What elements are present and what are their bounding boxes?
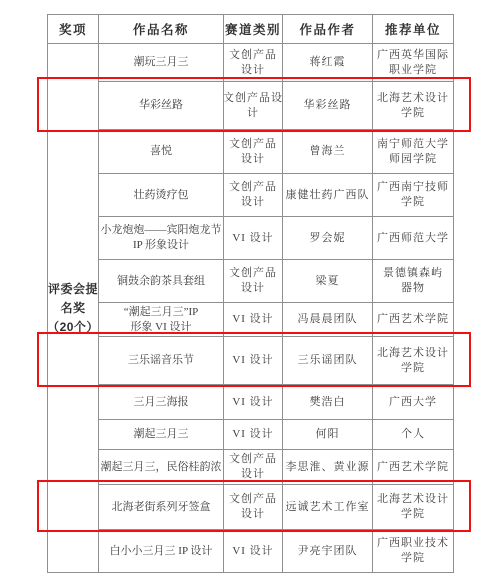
- cell-author: 华彩丝路: [283, 82, 373, 129]
- cell-work-name: 潮玩三月三: [99, 44, 224, 81]
- cell-recommending-unit-line: 广西南宁技师: [377, 180, 449, 195]
- cell-track-category-line: 设计: [241, 195, 265, 210]
- cell-work-name: “潮起三月三”IP形象 VI 设计: [99, 303, 224, 336]
- cell-work-name: 三月三海报: [99, 385, 224, 419]
- cell-author-line: 远诚艺术工作室: [286, 500, 370, 515]
- award-group-line: 名奖: [60, 299, 85, 318]
- award-group-line: （20个）: [47, 318, 99, 337]
- table-row: 潮起三月三VI 设计何阳个人: [99, 420, 453, 450]
- cell-author: 樊浩白: [283, 385, 373, 419]
- cell-author: 罗会妮: [283, 217, 373, 259]
- cell-recommending-unit: 广西英华国际职业学院: [373, 44, 453, 81]
- header-cell-track-category: 赛道类别: [224, 15, 283, 43]
- cell-recommending-unit-line: 个人: [401, 427, 425, 442]
- cell-recommending-unit: 北海艺术设计学院: [373, 337, 453, 384]
- cell-recommending-unit-line: 广西职业技术: [377, 536, 449, 551]
- cell-author-line: 冯晨晨团队: [298, 312, 358, 327]
- cell-track-category-line: 文创产品设: [223, 91, 283, 106]
- cell-track-category-line: 设计: [241, 63, 265, 78]
- cell-recommending-unit: 个人: [373, 420, 453, 449]
- cell-author-line: 李思淮、黄业源: [286, 460, 370, 475]
- cell-track-category-line: VI 设计: [232, 353, 273, 368]
- cell-recommending-unit-line: 广西大学: [389, 395, 437, 410]
- cell-work-name-line: 三月三海报: [134, 395, 189, 410]
- cell-recommending-unit: 北海艺术设计学院: [373, 82, 453, 129]
- header-cell-award: 奖项: [48, 15, 99, 43]
- cell-track-category-line: 文创产品: [229, 452, 277, 467]
- cell-author: 李思淮、黄业源: [283, 450, 373, 484]
- cell-recommending-unit: 景德镇森屿器物: [373, 260, 453, 302]
- cell-recommending-unit-line: 北海艺术设计: [377, 346, 449, 361]
- cell-work-name-line: 壮药烫疗包: [134, 188, 189, 203]
- cell-track-category-line: 设计: [241, 281, 265, 296]
- cell-track-category: 文创产品设计: [224, 450, 283, 484]
- cell-track-category: 文创产品设计: [224, 82, 283, 129]
- cell-author: 何阳: [283, 420, 373, 449]
- table-row: 喜悦文创产品设计曾海兰南宁师范大学师园学院: [99, 130, 453, 174]
- cell-author: 蒋红霞: [283, 44, 373, 81]
- cell-track-category: 文创产品设计: [224, 485, 283, 529]
- cell-author-line: 华彩丝路: [304, 98, 352, 113]
- cell-recommending-unit-line: 师园学院: [389, 152, 437, 167]
- cell-track-category: 文创产品设计: [224, 130, 283, 173]
- table-rows: 潮玩三月三文创产品设计蒋红霞广西英华国际职业学院华彩丝路文创产品设计华彩丝路北海…: [99, 44, 453, 572]
- cell-work-name-line: “潮起三月三”IP: [124, 305, 199, 320]
- cell-recommending-unit-line: 职业学院: [389, 63, 437, 78]
- award-group-line: 评委会提: [48, 280, 98, 299]
- cell-author-line: 曾海兰: [310, 144, 346, 159]
- cell-work-name: 小龙炮炮——宾阳炮龙节IP 形象设计: [99, 217, 224, 259]
- cell-track-category-line: 文创产品: [229, 137, 277, 152]
- cell-recommending-unit-line: 学院: [401, 507, 425, 522]
- cell-work-name: 喜悦: [99, 130, 224, 173]
- cell-track-category: VI 设计: [224, 420, 283, 449]
- table-header-row: 奖项 作品名称 赛道类别 作品作者 推荐单位: [48, 15, 453, 43]
- cell-recommending-unit-line: 学院: [401, 106, 425, 121]
- cell-author: 康健壮药广西队: [283, 174, 373, 216]
- cell-author-line: 康健壮药广西队: [286, 188, 370, 203]
- cell-track-category-line: VI 设计: [232, 231, 273, 246]
- table-row-highlighted: 北海老街系列牙签盒文创产品设计远诚艺术工作室北海艺术设计学院: [99, 485, 453, 530]
- cell-track-category-line: VI 设计: [232, 312, 273, 327]
- cell-track-category-line: 设计: [241, 507, 265, 522]
- table-row: 小龙炮炮——宾阳炮龙节IP 形象设计VI 设计罗会妮广西师范大学: [99, 217, 453, 260]
- cell-work-name-line: 北海老街系列牙签盒: [112, 500, 211, 515]
- cell-track-category-line: VI 设计: [232, 427, 273, 442]
- table-row-highlighted: 三乐谣音乐节VI 设计三乐谣团队北海艺术设计学院: [99, 337, 453, 385]
- cell-recommending-unit: 广西艺术学院: [373, 303, 453, 336]
- cell-work-name-line: 潮起三月三，民俗桂韵浓: [101, 460, 222, 475]
- cell-work-name-line: 形象 VI 设计: [130, 320, 191, 335]
- cell-track-category-line: 文创产品: [229, 266, 277, 281]
- cell-author-line: 罗会妮: [310, 231, 346, 246]
- header-cell-recommending-unit: 推荐单位: [373, 15, 453, 43]
- cell-track-category-line: 计: [247, 106, 259, 121]
- cell-author-line: 何阳: [316, 427, 340, 442]
- cell-track-category-line: 文创产品: [229, 492, 277, 507]
- table-row: “潮起三月三”IP形象 VI 设计VI 设计冯晨晨团队广西艺术学院: [99, 303, 453, 337]
- cell-work-name-line: 潮起三月三: [134, 427, 189, 442]
- cell-recommending-unit: 南宁师范大学师园学院: [373, 130, 453, 173]
- award-group-cell: 评委会提 名奖 （20个）: [48, 44, 99, 572]
- cell-work-name-line: 三乐谣音乐节: [128, 353, 194, 368]
- cell-work-name-line: 华彩丝路: [139, 98, 183, 113]
- cell-work-name-line: 白小小三月三 IP 设计: [110, 544, 213, 559]
- document-page: 奖项 作品名称 赛道类别 作品作者 推荐单位 评委会提 名奖 （20个） 潮玩三…: [0, 0, 500, 588]
- cell-author: 三乐谣团队: [283, 337, 373, 384]
- cell-author-line: 尹亮宇团队: [298, 544, 358, 559]
- cell-track-category: VI 设计: [224, 303, 283, 336]
- cell-work-name-line: 小龙炮炮——宾阳炮龙节: [101, 223, 222, 238]
- cell-work-name: 铜鼓余韵茶具套组: [99, 260, 224, 302]
- table-row-highlighted: 华彩丝路文创产品设计华彩丝路北海艺术设计学院: [99, 82, 453, 130]
- cell-author-line: 樊浩白: [310, 395, 346, 410]
- table-row: 壮药烫疗包文创产品设计康健壮药广西队广西南宁技师学院: [99, 174, 453, 217]
- cell-author: 远诚艺术工作室: [283, 485, 373, 529]
- cell-work-name: 潮起三月三，民俗桂韵浓: [99, 450, 224, 484]
- cell-recommending-unit-line: 北海艺术设计: [377, 492, 449, 507]
- cell-track-category-line: 文创产品: [229, 48, 277, 63]
- cell-recommending-unit: 广西艺术学院: [373, 450, 453, 484]
- cell-author-line: 蒋红霞: [310, 55, 346, 70]
- cell-recommending-unit-line: 器物: [401, 281, 425, 296]
- cell-work-name: 三乐谣音乐节: [99, 337, 224, 384]
- cell-track-category-line: VI 设计: [232, 395, 273, 410]
- cell-author: 冯晨晨团队: [283, 303, 373, 336]
- cell-track-category-line: 文创产品: [229, 180, 277, 195]
- cell-recommending-unit: 广西师范大学: [373, 217, 453, 259]
- cell-work-name: 北海老街系列牙签盒: [99, 485, 224, 529]
- cell-track-category-line: 设计: [241, 467, 265, 482]
- cell-recommending-unit-line: 学院: [401, 551, 425, 566]
- cell-recommending-unit: 广西职业技术学院: [373, 530, 453, 572]
- cell-recommending-unit-line: 景德镇森屿: [383, 266, 443, 281]
- table-row: 铜鼓余韵茶具套组文创产品设计梁夏景德镇森屿器物: [99, 260, 453, 303]
- cell-author-line: 梁夏: [316, 274, 340, 289]
- cell-track-category: VI 设计: [224, 217, 283, 259]
- cell-track-category: VI 设计: [224, 530, 283, 572]
- cell-recommending-unit-line: 广西艺术学院: [377, 312, 449, 327]
- cell-track-category: 文创产品设计: [224, 174, 283, 216]
- header-cell-author: 作品作者: [283, 15, 373, 43]
- header-cell-work-name: 作品名称: [99, 15, 224, 43]
- cell-work-name: 潮起三月三: [99, 420, 224, 449]
- table-row: 白小小三月三 IP 设计VI 设计尹亮宇团队广西职业技术学院: [99, 530, 453, 572]
- cell-recommending-unit: 北海艺术设计学院: [373, 485, 453, 529]
- cell-track-category: VI 设计: [224, 337, 283, 384]
- cell-track-category: VI 设计: [224, 385, 283, 419]
- cell-work-name-line: 潮玩三月三: [134, 55, 189, 70]
- cell-track-category-line: VI 设计: [232, 544, 273, 559]
- table-row: 潮玩三月三文创产品设计蒋红霞广西英华国际职业学院: [99, 44, 453, 82]
- cell-work-name-line: 铜鼓余韵茶具套组: [117, 274, 205, 289]
- cell-recommending-unit-line: 学院: [401, 361, 425, 376]
- cell-recommending-unit: 广西大学: [373, 385, 453, 419]
- cell-track-category: 文创产品设计: [224, 44, 283, 81]
- cell-author: 曾海兰: [283, 130, 373, 173]
- cell-author: 尹亮宇团队: [283, 530, 373, 572]
- cell-recommending-unit-line: 广西艺术学院: [377, 460, 449, 475]
- cell-work-name: 华彩丝路: [99, 82, 224, 129]
- table-body: 评委会提 名奖 （20个） 潮玩三月三文创产品设计蒋红霞广西英华国际职业学院华彩…: [48, 43, 453, 572]
- table-row: 潮起三月三，民俗桂韵浓文创产品设计李思淮、黄业源广西艺术学院: [99, 450, 453, 485]
- table-row: 三月三海报VI 设计樊浩白广西大学: [99, 385, 453, 420]
- cell-track-category: 文创产品设计: [224, 260, 283, 302]
- cell-author: 梁夏: [283, 260, 373, 302]
- cell-work-name-line: 喜悦: [150, 144, 172, 159]
- cell-recommending-unit-line: 广西师范大学: [377, 231, 449, 246]
- cell-recommending-unit: 广西南宁技师学院: [373, 174, 453, 216]
- cell-recommending-unit-line: 学院: [401, 195, 425, 210]
- cell-recommending-unit-line: 南宁师范大学: [377, 137, 449, 152]
- cell-recommending-unit-line: 广西英华国际: [377, 48, 449, 63]
- cell-recommending-unit-line: 北海艺术设计: [377, 91, 449, 106]
- cell-work-name-line: IP 形象设计: [133, 238, 189, 253]
- cell-track-category-line: 设计: [241, 152, 265, 167]
- cell-author-line: 三乐谣团队: [298, 353, 358, 368]
- cell-work-name: 白小小三月三 IP 设计: [99, 530, 224, 572]
- cell-work-name: 壮药烫疗包: [99, 174, 224, 216]
- awards-table: 奖项 作品名称 赛道类别 作品作者 推荐单位 评委会提 名奖 （20个） 潮玩三…: [47, 14, 454, 573]
